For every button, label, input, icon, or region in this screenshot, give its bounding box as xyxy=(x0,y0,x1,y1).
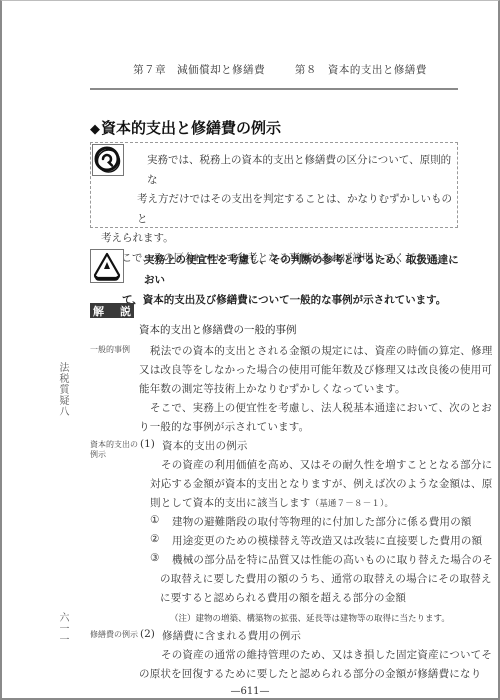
margin-note-capital: 資本的支出の例示 xyxy=(90,440,138,460)
footnote: （注）建物の増築、構築物の拡張、延長等は建物等の取得に当たります。 xyxy=(170,612,450,624)
commentary-badge: 解 説 xyxy=(90,303,134,318)
paragraph-text: 則として資本的支出に該当します xyxy=(150,497,311,509)
item-number: ② xyxy=(150,533,159,545)
header-rule xyxy=(90,88,458,90)
answer-line: 実務上の便宜性を考慮し、その判断の参考とするため、取扱通達におい xyxy=(132,250,462,290)
margin-note-repair: 修繕費の例示 xyxy=(90,630,138,640)
repair-title: 修繕費に含まれる費用の例示 xyxy=(162,628,462,643)
page-kanji-tag: 六一一 xyxy=(58,612,70,645)
question-line: 考え方だけではその支出を判定することは、かなりむずかしいものと xyxy=(101,190,453,229)
list-item: 機械の部分品を特に品質又は性能の高いものに取り替えた場合のそ xyxy=(172,552,462,567)
paragraph-line: 対応する金額が資本的支出となりますが、例えば次のような金額は、原 xyxy=(150,476,472,491)
list-item-continued: に要すると認められる費用の額を超える部分の金額 xyxy=(160,590,482,605)
question-q-icon xyxy=(92,144,124,176)
section-title: ◆資本的支出と修繕費の例示 xyxy=(90,117,281,138)
paragraph-line: の原状を回復するために要したと認められる部分の金額が修繕費になり xyxy=(139,666,461,681)
badge-char: 説 xyxy=(120,303,131,319)
section-heading: 第８ 資本的支出と修繕費 xyxy=(295,64,427,76)
running-head: 第７章 減価償却と修繕費 第８ 資本的支出と修繕費 xyxy=(100,62,460,77)
item-number: (1) xyxy=(140,438,155,450)
question-line: 実務では、税務上の資本的支出と修繕費の区分について、原則的な xyxy=(101,151,453,190)
statute-reference: （基通７－８－１）。 xyxy=(311,499,394,509)
diamond-bullet-icon: ◆ xyxy=(90,122,100,137)
paragraph-line: 則として資本的支出に該当します（基通７－８－１）。 xyxy=(150,495,393,510)
book-title-tag: 法税質疑八 xyxy=(58,362,70,417)
question-line: 考えられます。 xyxy=(101,229,453,249)
question-box: 実務では、税務上の資本的支出と修繕費の区分について、原則的な 考え方だけではその… xyxy=(90,142,458,228)
badge-char: 解 xyxy=(93,303,104,319)
list-item-continued: の取替えに要した費用の額のうち、通常の取替えの場合にその取替え xyxy=(160,571,482,586)
capital-title: 資本的支出の例示 xyxy=(162,438,462,453)
list-item: 用途変更のための模様替え等改造又は改装に直接要した費用の額 xyxy=(172,533,462,548)
answer-text: 実務上の便宜性を考慮し、その判断の参考とするため、取扱通達におい て、資本的支出… xyxy=(132,250,462,310)
paragraph-line: そこで、実務上の便宜性を考慮し、法人税基本通達において、次のとお xyxy=(139,400,461,415)
answer-line: て、資本的支出及び修繕費について一般的な事例が示されています。 xyxy=(122,290,462,310)
paragraph-line: 又は改良等をしなかった場合の使用可能年数及び修理又は改良後の使用可 xyxy=(139,362,461,377)
list-item: 建物の避難階段の取付等物理的に付加した部分に係る費用の額 xyxy=(172,514,462,529)
chapter-title: 第７章 減価償却と修繕費 xyxy=(133,64,265,76)
item-number: ① xyxy=(150,514,159,526)
paragraph-line: その資産の利用価値を高め、又はその耐久性を増すこととなる部分に xyxy=(139,457,461,472)
item-number: (2) xyxy=(140,628,155,640)
answer-a-icon xyxy=(90,249,124,283)
item-number: ③ xyxy=(150,552,159,564)
page-number: —611— xyxy=(0,686,500,697)
commentary-subheading: 資本的支出と修繕費の一般的事例 xyxy=(139,322,297,337)
margin-note-general: 一般的事例 xyxy=(90,345,138,355)
paragraph-line: その資産の通常の維持管理のため、又はき損した固定資産についてそ xyxy=(139,647,461,662)
paragraph-line: 税法での資本的支出とされる金額の規定には、資産の時価の算定、修理 xyxy=(139,343,461,358)
section-title-text: 資本的支出と修繕費の例示 xyxy=(101,119,281,137)
paragraph-line: り一般的な事例が示されています。 xyxy=(139,419,461,434)
paragraph-line: 能年数の測定等技術上かなりむずかしくなっています。 xyxy=(139,381,461,396)
